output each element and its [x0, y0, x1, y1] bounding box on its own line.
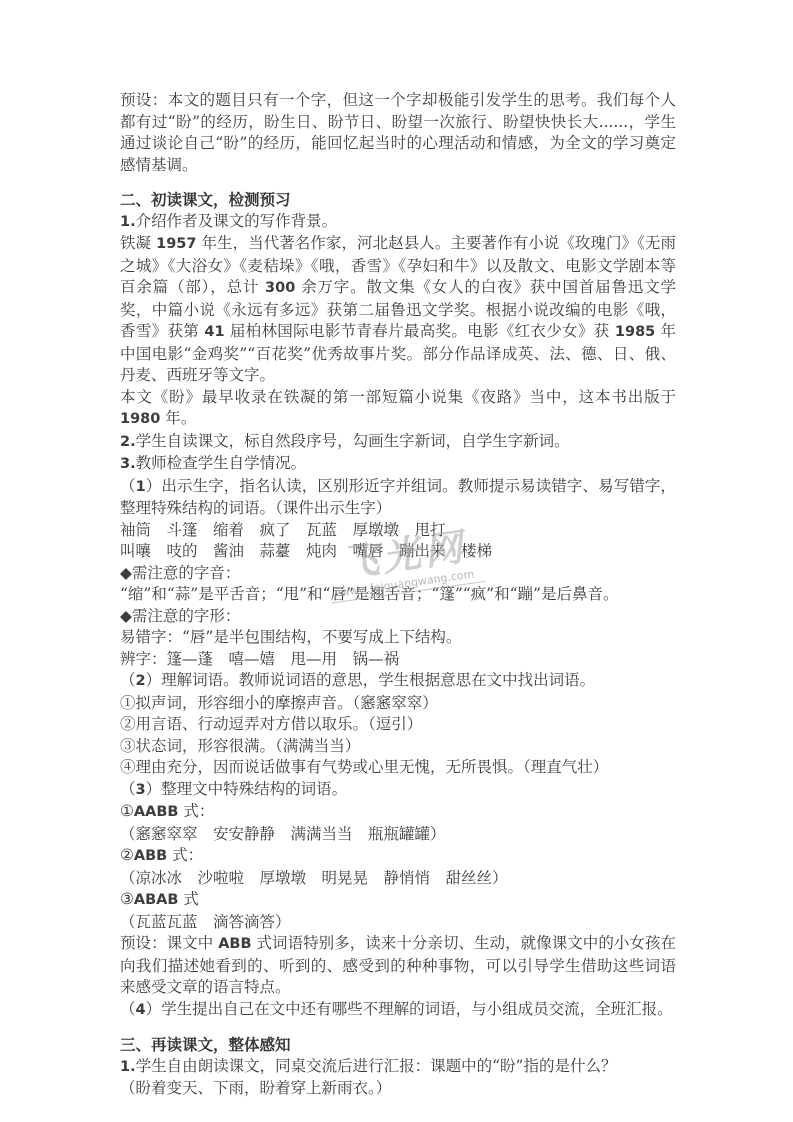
paragraph: ①AABB 式：: [120, 801, 676, 824]
paragraph: （盼着变天、下雨，盼着穿上新雨衣。）: [120, 1078, 676, 1100]
paragraph: （3）整理文中特殊结构的词语。: [120, 779, 676, 802]
paragraph: （4）学生提出自己在文中还有哪些不理解的词语，与小组成员交流，全班汇报。: [120, 999, 676, 1022]
paragraph: （凉冰冰 沙啦啦 厚墩墩 明晃晃 静悄悄 甜丝丝）: [120, 868, 676, 890]
paragraph: 本文《盼》最早收录在铁凝的第一部短篇小说集《夜路》当中，这本书出版于 1980 …: [120, 387, 676, 431]
paragraph: 1.介绍作者及课文的写作背景。: [120, 211, 676, 234]
paragraph: （1）出示生字，指名认读，区别形近字并组词。教师提示易读错字、易写错字，整理特殊…: [120, 476, 676, 520]
paragraph: ③ABAB 式: [120, 889, 676, 912]
section-heading: 二、初读课文，检测预习: [120, 189, 676, 211]
paragraph: （2）理解词语。教师说词语的意思，学生根据意思在文中找出词语。: [120, 670, 676, 693]
paragraph: （瓦蓝瓦蓝 滴答滴答）: [120, 912, 676, 934]
paragraph: 袖筒 斗篷 缩着 疯了 瓦蓝 厚墩墩 甩打: [120, 520, 676, 542]
document-content: 预设：本文的题目只有一个字，但这一个字却极能引发学生的思考。我们每个人都有过“盼…: [120, 90, 676, 1100]
document-page: 预设：本文的题目只有一个字，但这一个字却极能引发学生的思考。我们每个人都有过“盼…: [0, 0, 793, 1122]
paragraph: 叫嚷 吱的 酱油 蒜薹 炖肉 嘴唇 蹦出来 楼梯: [120, 541, 676, 563]
paragraph: 辨字：篷—蓬 嘻—嬉 甩—用 锅—祸: [120, 649, 676, 671]
paragraph: “缩”和“蒜”是平舌音；“甩”和“唇”是翘舌音；“篷”“疯”和“蹦”是后鼻音。: [120, 584, 676, 606]
paragraph: ◆需注意的字音：: [120, 563, 676, 585]
paragraph: （窸窸窣窣 安安静静 满满当当 瓶瓶罐罐）: [120, 824, 676, 846]
paragraph: ③状态词，形容很满。（满满当当）: [120, 736, 676, 758]
paragraph: 1.学生自由朗读课文，同桌交流后进行汇报：课题中的“盼”指的是什么？: [120, 1056, 676, 1079]
paragraph: 2.学生自读课文，标自然段序号，勾画生字新词，自学生字新词。: [120, 431, 676, 454]
paragraph: 3.教师检查学生自学情况。: [120, 453, 676, 476]
paragraph: 易错字：“唇”是半包围结构，不要写成上下结构。: [120, 627, 676, 649]
paragraph: ②ABB 式：: [120, 845, 676, 868]
paragraph: 预设：本文的题目只有一个字，但这一个字却极能引发学生的思考。我们每个人都有过“盼…: [120, 90, 676, 176]
paragraph: 铁凝 1957 年生，当代著名作家，河北赵县人。主要著作有小说《玫瑰门》《无雨之…: [120, 233, 676, 387]
paragraph: ④理由充分，因而说话做事有气势或心里无愧，无所畏惧。（理直气壮）: [120, 757, 676, 779]
paragraph: ◆需注意的字形：: [120, 606, 676, 628]
paragraph: 预设：课文中 ABB 式词语特别多，读来十分亲切、生动，就像课文中的小女孩在向我…: [120, 933, 676, 999]
paragraph: ①拟声词，形容细小的摩擦声音。（窸窸窣窣）: [120, 693, 676, 715]
paragraph: ②用言语、行动逗弄对方借以取乐。（逗引）: [120, 714, 676, 736]
section-heading: 三、再读课文，整体感知: [120, 1034, 676, 1056]
